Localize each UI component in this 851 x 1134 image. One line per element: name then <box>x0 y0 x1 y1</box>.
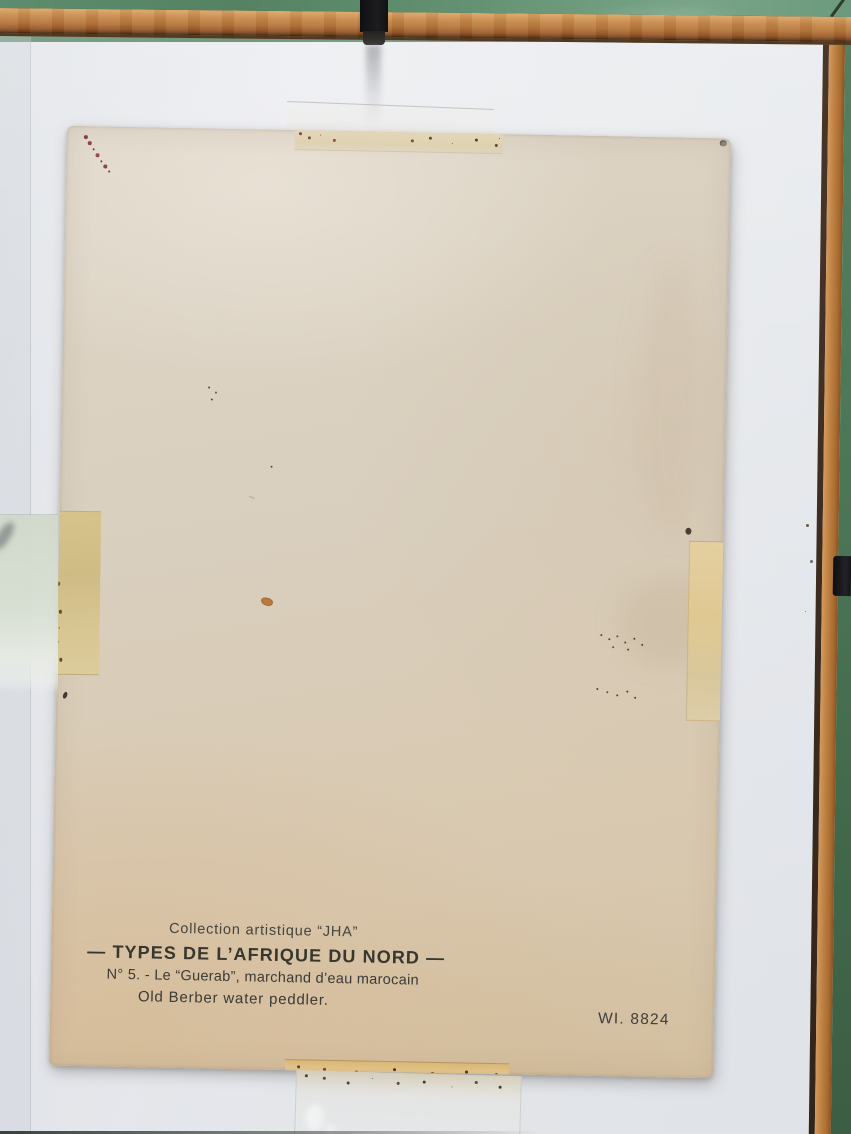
tape-stain-specks <box>299 132 302 135</box>
printed-caption-block: Collection artistique “JHA” — TYPES DE L… <box>86 919 440 1011</box>
tape-scuff-marks <box>305 1104 324 1130</box>
caption-english: Old Berber water peddler. <box>57 988 409 1011</box>
aging-streak <box>634 257 709 538</box>
caption-french: N° 5. - Le “Guerab”, marchand d’eau maro… <box>87 966 439 990</box>
speck-cluster <box>596 688 598 690</box>
twig-mark <box>830 0 845 18</box>
orange-fleck <box>260 595 274 607</box>
reference-number: WI. 8824 <box>598 1010 670 1029</box>
dark-speck <box>62 691 68 699</box>
dark-speck <box>685 528 691 535</box>
frame-clip-top <box>360 0 388 32</box>
tape-stain-specks <box>305 1074 308 1077</box>
speck-cluster <box>208 386 210 388</box>
speck-cluster <box>600 634 602 636</box>
frame-clip-top-tab <box>363 31 385 45</box>
tape-left-on-card <box>55 511 101 676</box>
tape-right-on-card <box>686 541 730 722</box>
red-ink-stain <box>84 135 88 139</box>
frame-clip-right <box>833 556 851 596</box>
tape-stain-specks <box>297 1065 300 1068</box>
tape-bottom-on-mat <box>294 1070 522 1134</box>
series-title: — TYPES DE L’AFRIQUE DU NORD — <box>87 940 439 969</box>
tape-left-on-mat <box>0 514 58 693</box>
postcard-back: Collection artistique “JHA” — TYPES DE L… <box>49 126 731 1079</box>
collection-line: Collection artistique “JHA” <box>88 919 440 942</box>
corner-mark <box>720 140 727 146</box>
mat-specks <box>806 524 809 527</box>
tape-top-on-card <box>295 130 503 154</box>
photo-of-framed-postcard-back: { "postcard": { "collection_line": "Coll… <box>0 0 851 1134</box>
